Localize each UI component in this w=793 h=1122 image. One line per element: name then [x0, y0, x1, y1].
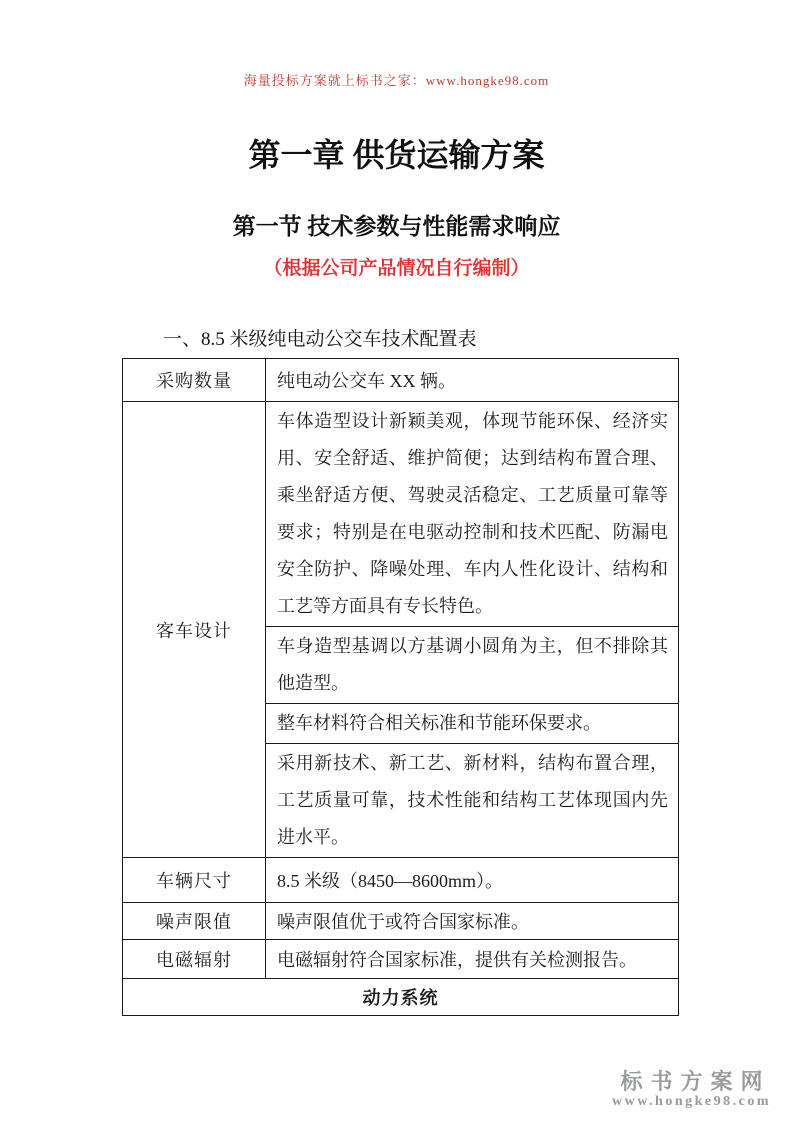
- row-label-bus-design: 客车设计: [123, 402, 266, 858]
- table-row-noise-limit: 噪声限值 噪声限值优于或符合国家标准。: [123, 903, 679, 940]
- bus-design-cell-4: 采用新技术、新工艺、新材料，结构布置合理，工艺质量可靠，技术性能和结构工艺体现国…: [266, 744, 679, 858]
- row-value-noise-limit: 噪声限值优于或符合国家标准。: [266, 903, 679, 940]
- table-caption: 一、8.5 米级纯电动公交车技术配置表: [163, 326, 793, 354]
- bus-design-cell-2: 车身造型基调以方基调小圆角为主，但不排除其他造型。: [266, 627, 679, 704]
- table-row-emi: 电磁辐射 电磁辐射符合国家标准，提供有关检测报告。: [123, 940, 679, 979]
- table-row-vehicle-size: 车辆尺寸 8.5 米级（8450—8600mm）。: [123, 858, 679, 903]
- header-promo-line: 海量投标方案就上标书之家：www.hongke98.com: [0, 0, 793, 89]
- watermark: 标书方案网 www.hongke98.com: [612, 1070, 771, 1110]
- row-value-vehicle-size: 8.5 米级（8450—8600mm）。: [266, 858, 679, 903]
- spec-table: 采购数量 纯电动公交车 XX 辆。 客车设计 车体造型设计新颖美观，体现节能环保…: [122, 358, 679, 1016]
- watermark-site-url: www.hongke98.com: [612, 1094, 771, 1110]
- row-label-purchase-qty: 采购数量: [123, 359, 266, 402]
- bus-design-cell-1: 车体造型设计新颖美观，体现节能环保、经济实用、安全舒适、维护简便；达到结构布置合…: [266, 402, 679, 627]
- table-row-bus-design-1: 客车设计 车体造型设计新颖美观，体现节能环保、经济实用、安全舒适、维护简便；达到…: [123, 402, 679, 627]
- section-title: 第一节 技术参数与性能需求响应: [0, 211, 793, 243]
- section-note: （根据公司产品情况自行编制）: [0, 255, 793, 282]
- document-page: 海量投标方案就上标书之家：www.hongke98.com 第一章 供货运输方案…: [0, 0, 793, 1122]
- row-value-purchase-qty: 纯电动公交车 XX 辆。: [266, 359, 679, 402]
- row-label-vehicle-size: 车辆尺寸: [123, 858, 266, 903]
- row-value-emi: 电磁辐射符合国家标准，提供有关检测报告。: [266, 940, 679, 979]
- row-label-emi: 电磁辐射: [123, 940, 266, 979]
- bus-design-cell-3: 整车材料符合相关标准和节能环保要求。: [266, 704, 679, 744]
- chapter-title: 第一章 供货运输方案: [0, 133, 793, 177]
- table-row-power-system: 动力系统: [123, 979, 679, 1016]
- row-label-noise-limit: 噪声限值: [123, 903, 266, 940]
- power-system-section-header: 动力系统: [123, 979, 679, 1016]
- table-row-purchase-qty: 采购数量 纯电动公交车 XX 辆。: [123, 359, 679, 402]
- watermark-site-name: 标书方案网: [612, 1070, 779, 1094]
